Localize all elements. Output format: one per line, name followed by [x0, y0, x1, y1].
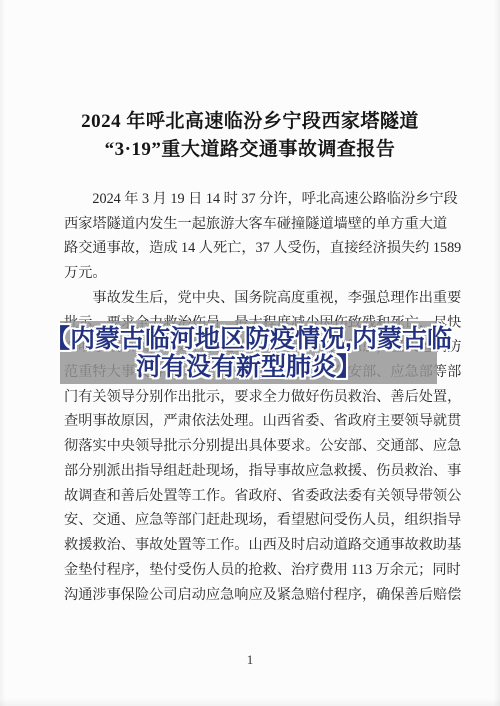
report-body: 2024 年 3 月 19 日 14 时 37 分许，呼北高速公路临汾乡宁段西家… — [64, 187, 438, 607]
body-line: 部分别派出指导组赶赴现场，指导事故应急救援、伤员救治、事 — [64, 459, 438, 484]
document-page: 2024 年呼北高速临汾乡宁段西家塔隧道 “3·19”重大道路交通事故调查报告 … — [0, 0, 500, 706]
body-line: 事故发生后，党中央、国务院高度重视，李强总理作出重要 — [64, 286, 438, 311]
body-line: 万元。 — [64, 261, 438, 286]
body-line: 查明事故原因，严肃依法处理。山西省委、省政府主要领导就贯 — [64, 409, 438, 434]
body-line: 故调查和善后处置等工作。省政府、省委政法委有关领导带领公 — [64, 484, 438, 509]
body-line: 门有关领导分别作出批示，要求全力做好伤员救治、善后处置， — [64, 385, 438, 410]
body-line: 沟通涉事保险公司启动应急响应及紧急赔付程序，确保善后赔偿 — [64, 583, 438, 608]
body-line: 2024 年 3 月 19 日 14 时 37 分许，呼北高速公路临汾乡宁段 — [64, 187, 438, 212]
report-title-line1: 2024 年呼北高速临汾乡宁段西家塔隧道 — [0, 108, 500, 136]
body-line: 金垫付程序，垫付受伤人员的抢救、治疗费用 113 万余元；同时 — [64, 558, 438, 583]
page-number: 1 — [0, 652, 500, 668]
watermark-line2: 河有没有新型肺炎】 — [136, 353, 361, 381]
report-title-line2: “3·19”重大道路交通事故调查报告 — [0, 136, 500, 164]
body-line: 彻落实中央领导批示分别提出具体要求。公安部、交通部、应急 — [64, 434, 438, 459]
watermark-line1: 【内蒙古临河地区防疫情况,内蒙古临 — [45, 325, 452, 353]
report-title: 2024 年呼北高速临汾乡宁段西家塔隧道 “3·19”重大道路交通事故调查报告 — [0, 108, 500, 164]
body-line: 安、交通、应急等部门赶赴现场，看望慰问受伤人员，组织指导 — [64, 508, 438, 533]
watermark-overlay: 【内蒙古临河地区防疫情况,内蒙古临 河有没有新型肺炎】 — [60, 321, 437, 384]
body-line: 路交通事故，造成 14 人死亡，37 人受伤，直接经济损失约 1589 — [64, 236, 438, 261]
body-line: 救援救治、事故处置等工作。山西及时启动道路交通事故救助基 — [64, 533, 438, 558]
body-line: 西家塔隧道内发生一起旅游大客车碰撞隧道墙壁的单方重大道 — [64, 212, 438, 237]
